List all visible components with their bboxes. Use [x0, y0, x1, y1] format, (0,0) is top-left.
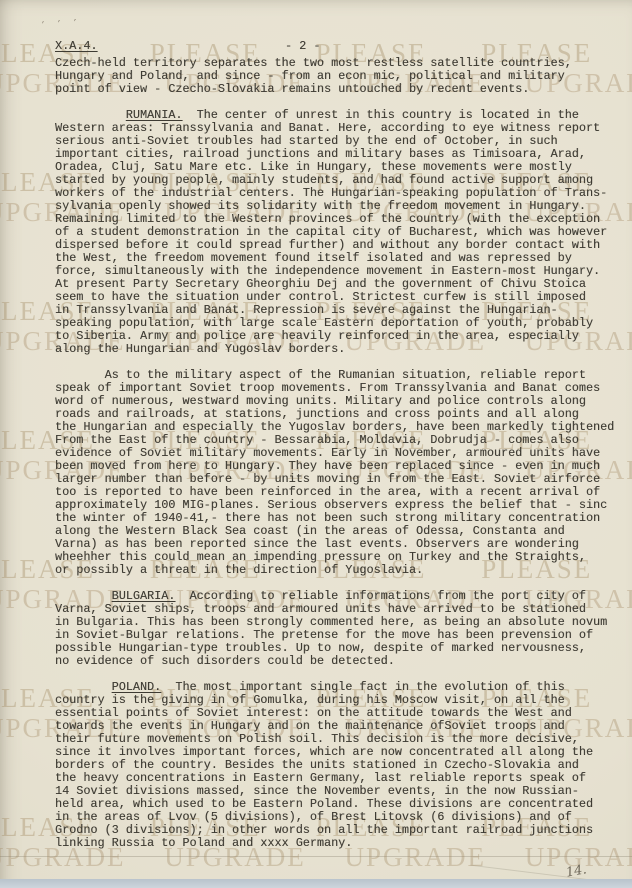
page-header: X.A.4. - 2 -	[55, 40, 621, 57]
text-line: or possibly a threat in the direction of…	[55, 564, 621, 577]
text-line: no evidence of such disorders could be d…	[55, 655, 621, 668]
paragraph: Czech-held territory separates the two m…	[55, 57, 621, 96]
paragraph: RUMANIA. The center of unrest in this co…	[55, 109, 621, 356]
document-body: Czech-held territory separates the two m…	[55, 57, 621, 850]
paragraph: BULGARIA. According to reliable informat…	[55, 590, 621, 668]
page-number: - 2 -	[285, 40, 320, 53]
section-heading: RUMANIA.	[126, 108, 183, 122]
paragraph: As to the military aspect of the Rumania…	[55, 369, 621, 577]
pencil-marks: ′ ′ ′	[42, 17, 82, 33]
section-heading: BULGARIA.	[112, 589, 176, 603]
document-reference: X.A.4.	[55, 40, 97, 53]
text-line: along the Hungarian and Yugoslav borders…	[55, 343, 621, 356]
text-line: point of view - Czecho-Slovakia remains …	[55, 83, 621, 96]
text-line: linking Russia to Poland and xxxx German…	[55, 837, 621, 850]
paragraph: POLAND. The most important single fact i…	[55, 681, 621, 850]
document-page: X.A.4. - 2 - Czech-held territory separa…	[55, 40, 621, 863]
section-heading: POLAND.	[112, 680, 162, 694]
